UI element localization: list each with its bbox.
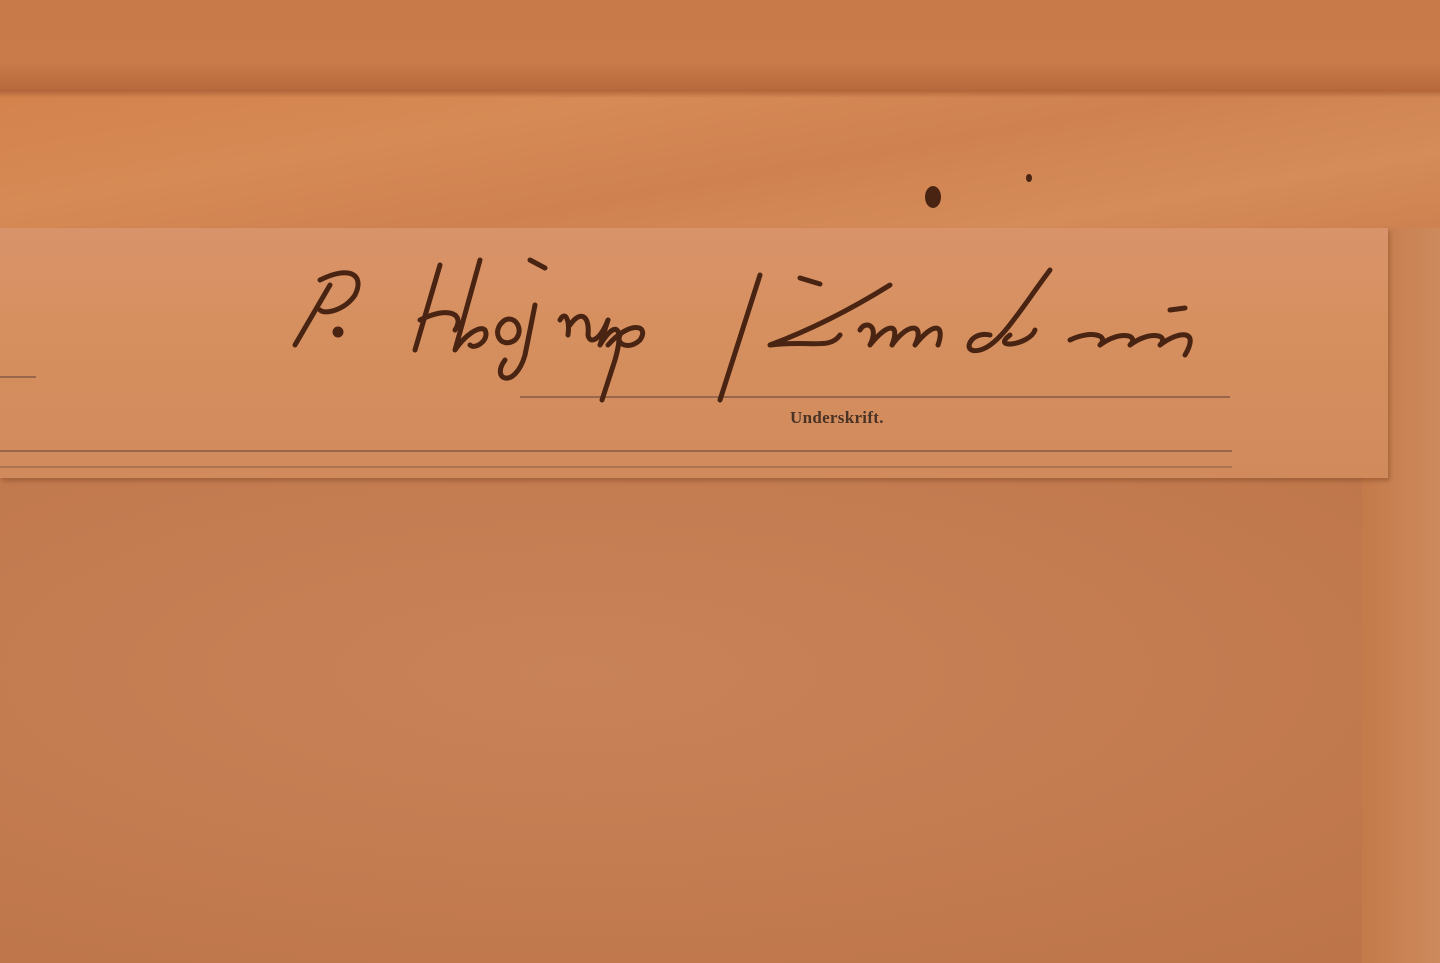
backing-board — [0, 478, 1440, 963]
nail-hole — [1026, 174, 1032, 182]
frame-top-edge — [0, 0, 1440, 90]
label-bottom-rule — [0, 450, 1232, 452]
handwritten-signature: P. Højrup Knudsen — [290, 250, 1310, 420]
frame-moulding — [0, 90, 1440, 230]
label-rule-left — [0, 376, 36, 378]
signature-caption: Underskrift. — [790, 408, 884, 428]
label-bottom-rule-2 — [0, 466, 1232, 468]
nail-hole — [925, 186, 941, 208]
